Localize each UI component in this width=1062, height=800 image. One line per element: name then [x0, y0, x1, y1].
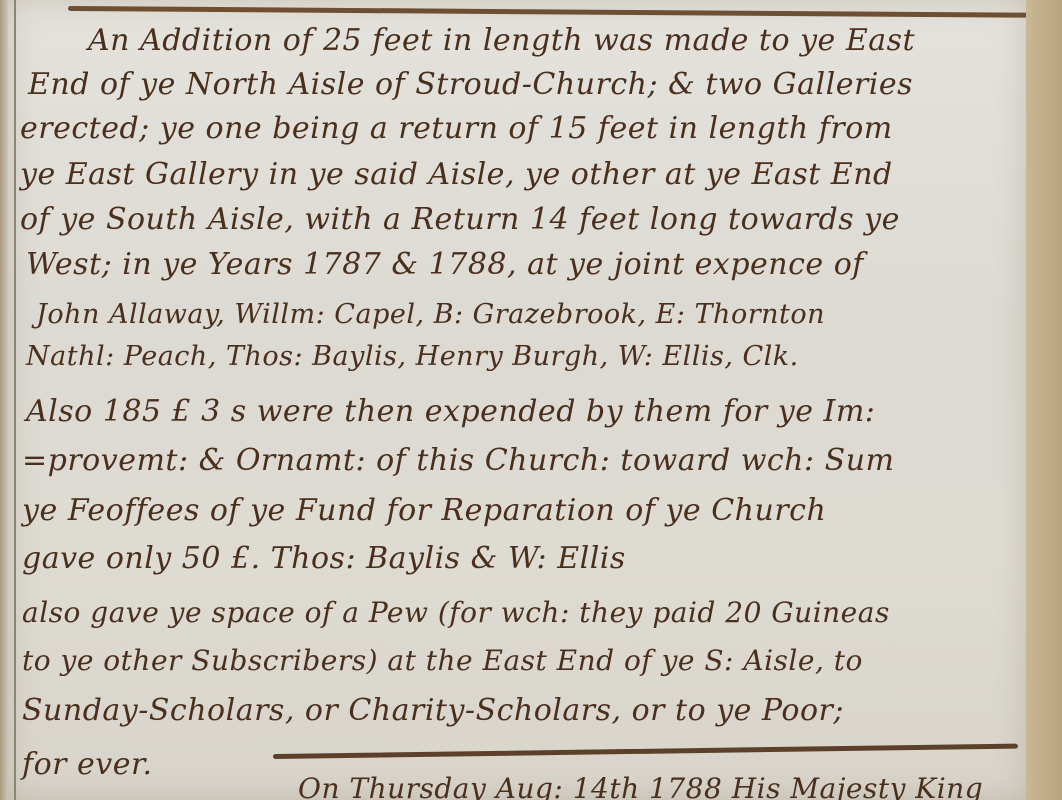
text-line-9: Also 185 £ 3 s were then expended by the…: [26, 395, 875, 429]
text-line-13: also gave ye space of a Pew (for wch: th…: [22, 596, 890, 630]
text-line-4: ye East Gallery in ye said Aisle, ye oth…: [20, 158, 893, 192]
text-line-12: gave only 50 £. Thos: Baylis & W: Ellis: [22, 542, 626, 576]
subscribers-line-1: John Allaway, Willm: Capel, B: Grazebroo…: [36, 298, 825, 332]
margin-rule: [14, 0, 16, 800]
text-line-3: erected; ye one being a return of 15 fee…: [20, 112, 893, 146]
entry-divider-line: [273, 744, 1018, 759]
text-line-2: End of ye North Aisle of Stroud-Church; …: [28, 68, 913, 102]
text-line-10: =provemt: & Ornamt: of this Church: towa…: [22, 444, 894, 478]
text-line-17: On Thursday Aug: 14th 1788 His Majesty K…: [298, 772, 983, 800]
top-divider-line: [68, 6, 1028, 18]
subscribers-line-2: Nathl: Peach, Thos: Baylis, Henry Burgh,…: [26, 340, 799, 374]
adjacent-page-edge: [1026, 0, 1062, 800]
text-line-1: An Addition of 25 feet in length was mad…: [88, 24, 915, 58]
text-line-5: of ye South Aisle, with a Return 14 feet…: [20, 203, 900, 237]
text-line-15: Sunday-Scholars, or Charity-Scholars, or…: [22, 694, 844, 728]
manuscript-page: An Addition of 25 feet in length was mad…: [8, 0, 1026, 800]
text-line-6: West; in ye Years 1787 & 1788, at ye joi…: [26, 248, 864, 282]
binding-edge: [0, 0, 8, 800]
text-line-11: ye Feoffees of ye Fund for Reparation of…: [22, 494, 826, 528]
text-line-16: for ever.: [22, 748, 153, 782]
text-line-14: to ye other Subscribers) at the East End…: [22, 644, 863, 678]
